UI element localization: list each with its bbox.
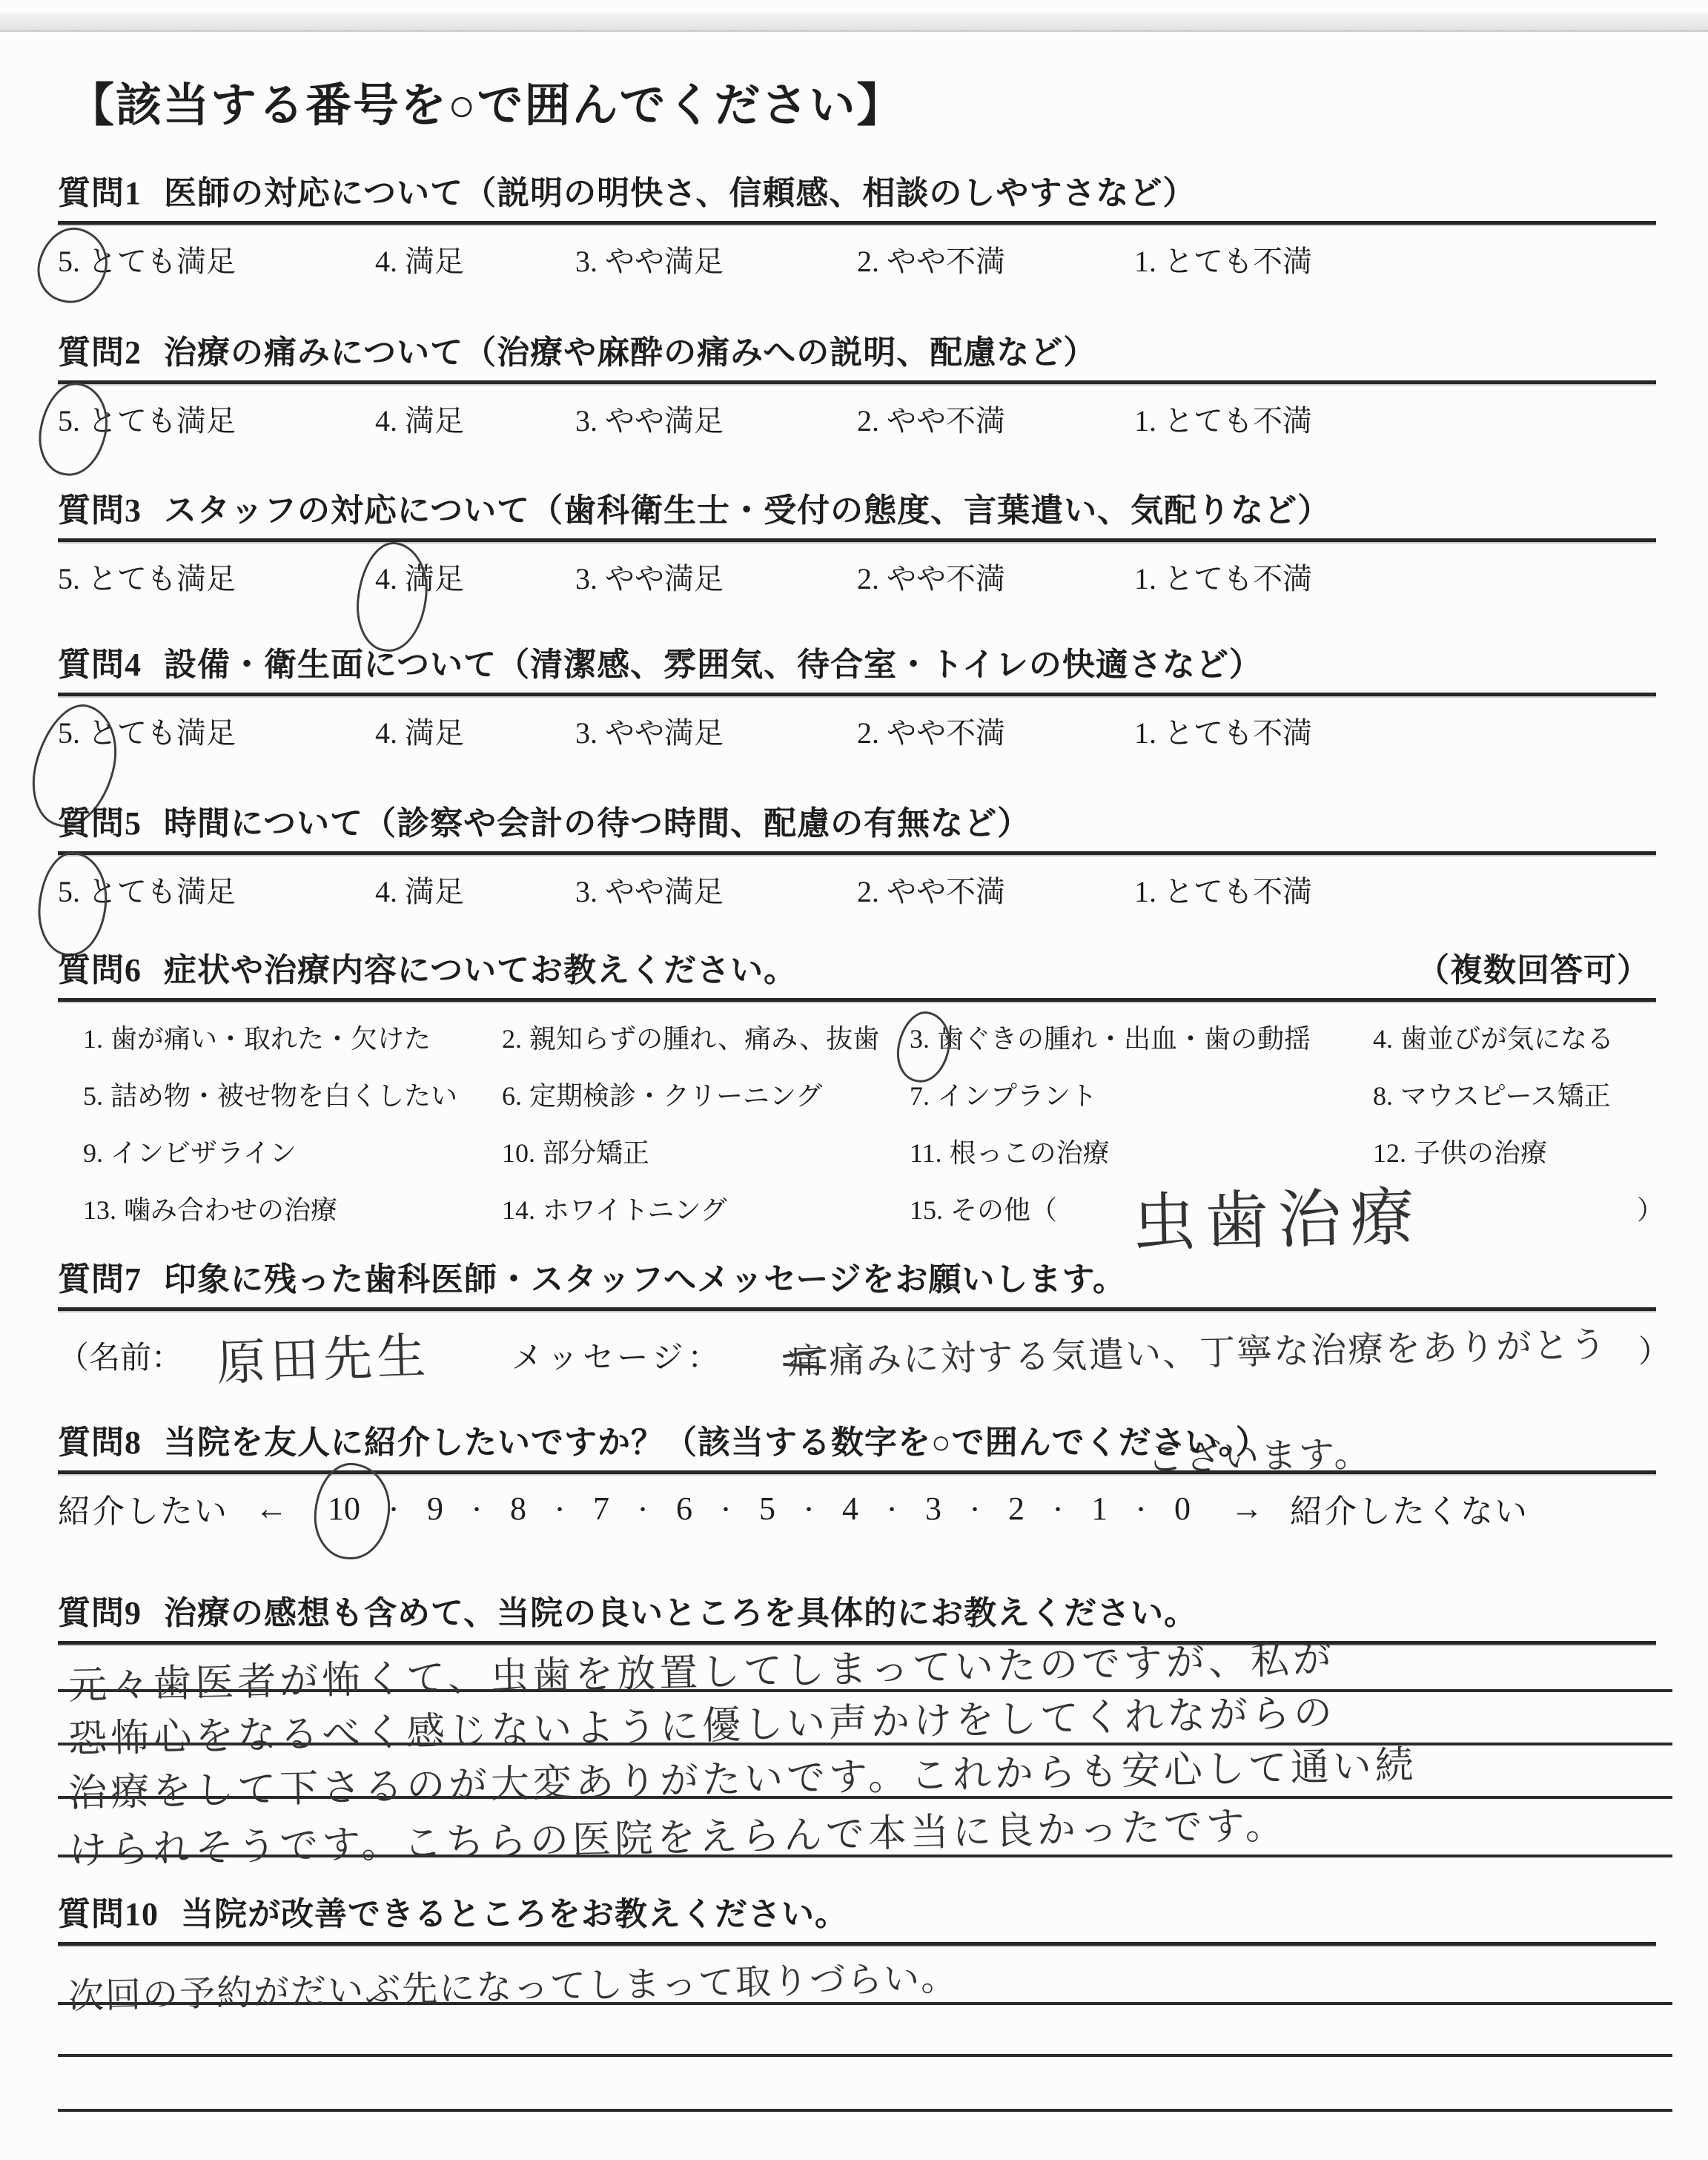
option-number: 5. — [58, 561, 80, 596]
symptom-option: 15.その他（虫歯治療 — [910, 1189, 1373, 1227]
question-title-row: 質問6症状や治療内容についてお教えください。 （複数回答可） — [0, 949, 1708, 992]
name-handwriting: 原田先生 — [215, 1316, 431, 1394]
scale-dot: ・ — [466, 1492, 488, 1525]
option-label: 歯が痛い・取れた・欠けた — [110, 1024, 431, 1054]
option-number: 8. — [1373, 1080, 1393, 1112]
option-number: 2. — [857, 403, 879, 438]
question-title: 症状や治療内容についてお教えください。 — [164, 952, 797, 988]
question-title: 印象に残った歯科医師・スタッフへメッセージをお願いします。 — [164, 1261, 1126, 1298]
option-label: 根っこの治療 — [950, 1138, 1110, 1168]
likert-option: 3.やや満足 — [575, 238, 857, 280]
question-10-block: 質問10当院が改善できるところをお教えください。 次回の予約がだいぶ先になってし… — [0, 1893, 1708, 2160]
symptom-options-grid: 1.歯が痛い・取れた・欠けた2.親知らずの腫れ、痛み、抜歯3.歯ぐきの腫れ・出血… — [0, 1002, 1708, 1227]
scale-dot: ・ — [1130, 1492, 1152, 1525]
answer-line: 治療をして下さるのが大変ありがたいです。これからも安心して通い続 — [58, 1745, 1672, 1799]
question-label: 質問4 — [58, 647, 142, 683]
answer-line: 次回の予約がだいぶ先になってしまって取りづらい。 — [58, 1946, 1672, 2005]
selection-circle — [313, 1462, 391, 1560]
option-label: とても不満 — [1164, 245, 1312, 278]
option-number: 7. — [910, 1080, 930, 1112]
question-label: 質問7 — [58, 1261, 142, 1298]
option-number: 4. — [375, 561, 397, 596]
free-answer-area: 次回の予約がだいぶ先になってしまって取りづらい。 — [0, 1946, 1708, 2160]
option-number: 1. — [83, 1023, 103, 1054]
option-label: とても満足 — [87, 875, 236, 908]
option-label: やや不満 — [887, 875, 1005, 908]
other-closing-paren: ） — [1373, 1189, 1664, 1227]
likert-options-row: 5.とても満足4.満足3.やや満足2.やや不満1.とても不満 — [0, 555, 1708, 598]
option-number: 3. — [910, 1023, 930, 1054]
likert-option: 2.やや不満 — [857, 868, 1134, 911]
symptom-option: 6.定期検診・クリーニング — [502, 1075, 910, 1113]
question-title: スタッフの対応について（歯科衛生士・受付の態度、言葉遣い、気配りなど） — [164, 492, 1331, 529]
question-title: 設備・衛生面について（清潔感、雰囲気、待合室・トイレの快適さなど） — [164, 647, 1262, 683]
option-number: 6. — [502, 1080, 522, 1112]
scale-number: 0 — [1174, 1490, 1191, 1527]
option-number: 5. — [58, 874, 80, 909]
option-number: 5. — [83, 1080, 103, 1112]
scale-number: 10 — [328, 1490, 360, 1527]
question-title-row: 質問4設備・衛生面について（清潔感、雰囲気、待合室・トイレの快適さなど） — [0, 644, 1708, 687]
option-number: 4. — [1373, 1023, 1393, 1054]
closing-paren: ） — [1638, 1327, 1669, 1372]
symptom-option: 14.ホワイトニング — [502, 1189, 910, 1227]
scale-number: 9 — [427, 1490, 443, 1527]
question-label: 質問6 — [58, 952, 142, 988]
question-title-row: 質問8当院を友人に紹介したいですか？（該当する数字を○で囲んでください。） — [0, 1421, 1708, 1464]
likert-option: 5.とても満足 — [58, 397, 375, 440]
option-label: 親知らずの腫れ、痛み、抜歯 — [529, 1024, 879, 1054]
option-number: 5. — [58, 403, 80, 438]
answer-line: けられそうです。こちらの医院をえらんで本当に良かったです。 — [58, 1799, 1672, 1857]
option-label: とても満足 — [87, 716, 236, 750]
scale-dot: ・ — [549, 1492, 571, 1525]
name-message-line: （名前： 原田先生 メッセージ： 痛痛みに対する気遣い、丁寧な治療をありがとう … — [0, 1320, 1708, 1394]
option-label: やや満足 — [605, 875, 724, 908]
likert-option: 2.やや不満 — [857, 238, 1134, 280]
option-label: 部分矯正 — [543, 1138, 649, 1168]
symptom-option: 11.根っこの治療 — [910, 1132, 1373, 1170]
message-handwriting-text: 痛みに対する気遣い、丁寧な治療をありがとう — [829, 1324, 1608, 1381]
message-handwriting: 痛痛みに対する気遣い、丁寧な治療をありがとう — [787, 1315, 1607, 1384]
question-rule — [58, 693, 1656, 696]
option-number: 2. — [857, 561, 879, 596]
likert-options-row: 5.とても満足4.満足3.やや満足2.やや不満1.とても不満 — [0, 397, 1708, 440]
likert-option: 4.満足 — [375, 710, 575, 752]
question-title-row: 質問7印象に残った歯科医師・スタッフへメッセージをお願いします。 — [0, 1258, 1708, 1301]
answer-line: 恐怖心をなるべく感じないように優しい声かけをしてくれながらの — [58, 1692, 1672, 1745]
likert-option: 1.とても不満 — [1134, 710, 1312, 752]
option-label: 詰め物・被せ物を白くしたい — [110, 1081, 457, 1111]
likert-option: 3.やや満足 — [575, 868, 857, 911]
option-number: 4. — [375, 244, 397, 279]
likert-option: 1.とても不満 — [1134, 397, 1312, 440]
option-number: 11. — [910, 1137, 942, 1169]
answer-line — [58, 2112, 1672, 2160]
option-label: 噛み合わせの治療 — [124, 1195, 337, 1225]
scale-number: 3 — [925, 1490, 941, 1527]
scale-left-label: 紹介したい — [58, 1484, 228, 1532]
question-title-row: 質問10当院が改善できるところをお教えください。 — [0, 1893, 1708, 1936]
question-label: 質問1 — [58, 175, 142, 211]
question-label: 質問9 — [58, 1595, 142, 1631]
free-answer-area: 元々歯医者が怖くて、虫歯を放置してしまっていたのですが、私が恐怖心をなるべく感じ… — [0, 1645, 1708, 1857]
question-rule — [58, 851, 1656, 855]
scale-dot: ・ — [1047, 1492, 1069, 1525]
likert-option: 5.とても満足 — [58, 555, 375, 598]
option-number: 9. — [83, 1137, 103, 1169]
likert-option: 2.やや不満 — [857, 397, 1134, 440]
question-title-row: 質問2治療の痛みについて（治療や麻酔の痛みへの説明、配慮など） — [0, 331, 1708, 374]
symptom-option: 12.子供の治療 — [1373, 1132, 1664, 1170]
option-label: やや満足 — [605, 716, 724, 750]
question-title: 治療の感想も含めて、当院の良いところを具体的にお教えください。 — [164, 1595, 1197, 1631]
question-title: 当院が改善できるところをお教えください。 — [181, 1896, 848, 1932]
option-number: 2. — [502, 1023, 522, 1054]
symptom-option: 13.噛み合わせの治療 — [83, 1189, 502, 1227]
option-label: 子供の治療 — [1414, 1138, 1547, 1168]
question-title: 当院を友人に紹介したいですか？（該当する数字を○で囲んでください。） — [164, 1424, 1269, 1461]
option-label: やや満足 — [605, 245, 724, 278]
question-title: 医師の対応について（説明の明快さ、信頼感、相談のしやすさなど） — [164, 175, 1196, 211]
option-number: 1. — [1134, 244, 1156, 279]
symptom-option: 10.部分矯正 — [502, 1132, 910, 1170]
left-arrow: ← — [255, 1490, 288, 1527]
likert-option: 4.満足 — [375, 397, 575, 440]
option-label: 歯並びが気になる — [1400, 1024, 1614, 1054]
scale-dot: ・ — [715, 1492, 737, 1525]
question-label: 質問2 — [58, 334, 142, 371]
scale-number: 4 — [842, 1490, 858, 1527]
question-block-q1: 質問1医師の対応について（説明の明快さ、信頼感、相談のしやすさなど）5.とても満… — [0, 172, 1708, 280]
likert-options-row: 5.とても満足4.満足3.やや満足2.やや不満1.とても不満 — [0, 868, 1708, 911]
scale-number: 8 — [510, 1490, 526, 1527]
question-rule — [58, 221, 1656, 225]
option-label: マウスピース矯正 — [1400, 1081, 1611, 1111]
option-label: やや不満 — [887, 562, 1005, 595]
option-number: 3. — [575, 561, 598, 596]
symptom-option: 5.詰め物・被せ物を白くしたい — [83, 1075, 502, 1113]
message-label: メッセージ： — [512, 1333, 723, 1378]
likert-option: 2.やや不満 — [857, 555, 1134, 598]
multi-answer-note: （複数回答可） — [1417, 949, 1650, 992]
scale-dot: ・ — [964, 1492, 986, 1525]
option-number: 14. — [502, 1195, 535, 1226]
likert-option: 5.とても満足 — [58, 238, 375, 280]
option-number: 13. — [83, 1195, 116, 1226]
option-label: 満足 — [405, 562, 464, 595]
option-label: とても不満 — [1164, 562, 1312, 595]
question-title-row: 質問3スタッフの対応について（歯科衛生士・受付の態度、言葉遣い、気配りなど） — [0, 489, 1708, 532]
likert-option: 5.とても満足 — [58, 868, 375, 911]
question-rule — [58, 1470, 1656, 1474]
option-label: やや満足 — [605, 404, 724, 437]
likert-option: 1.とても不満 — [1134, 238, 1312, 280]
likert-option: 2.やや不満 — [857, 710, 1134, 752]
symptom-option: 1.歯が痛い・取れた・欠けた — [83, 1018, 502, 1056]
option-number: 2. — [857, 244, 879, 279]
likert-option: 5.とても満足 — [58, 710, 375, 752]
symptom-option: 9.インビザライン — [83, 1132, 502, 1170]
question-block-q5: 質問5時間について（診察や会計の待つ時間、配慮の有無など）5.とても満足4.満足… — [0, 802, 1708, 911]
question-rule — [58, 380, 1656, 384]
option-label: やや不満 — [887, 716, 1005, 750]
option-number: 1. — [1134, 874, 1156, 909]
name-label: （名前： — [58, 1333, 182, 1378]
likert-option: 4.満足 — [375, 868, 575, 911]
option-number: 3. — [575, 716, 598, 750]
question-9-block: 質問9治療の感想も含めて、当院の良いところを具体的にお教えください。 元々歯医者… — [0, 1592, 1708, 1857]
question-7-block: 質問7印象に残った歯科医師・スタッフへメッセージをお願いします。 （名前： 原田… — [0, 1258, 1708, 1394]
option-label: 歯ぐきの腫れ・出血・歯の動揺 — [937, 1024, 1311, 1054]
scale-right-label: 紹介したくない — [1290, 1484, 1529, 1532]
scale-number: 2 — [1008, 1490, 1025, 1527]
symptom-option: 2.親知らずの腫れ、痛み、抜歯 — [502, 1018, 910, 1056]
answer-line: 元々歯医者が怖くて、虫歯を放置してしまっていたのですが、私が — [58, 1645, 1672, 1692]
scale-dot: ・ — [632, 1492, 654, 1525]
answer-line — [58, 2057, 1672, 2112]
question-title-row: 質問9治療の感想も含めて、当院の良いところを具体的にお教えください。 — [0, 1592, 1708, 1635]
scale-dot: ・ — [881, 1492, 903, 1525]
option-number: 4. — [375, 874, 397, 909]
option-number: 4. — [375, 403, 397, 438]
question-rule — [58, 538, 1656, 542]
likert-options-row: 5.とても満足4.満足3.やや満足2.やや不満1.とても不満 — [0, 710, 1708, 752]
question-label: 質問10 — [58, 1896, 159, 1932]
scale-number: 7 — [593, 1490, 609, 1527]
scale-number: 5 — [759, 1490, 775, 1527]
option-label: 満足 — [405, 875, 464, 908]
option-number: 4. — [375, 716, 397, 750]
likert-option: 4.満足 — [375, 238, 575, 280]
symptom-option: 7.インプラント — [910, 1075, 1373, 1113]
likert-options-row: 5.とても満足4.満足3.やや満足2.やや不満1.とても不満 — [0, 238, 1708, 280]
question-title: 治療の痛みについて（治療や麻酔の痛みへの説明、配慮など） — [164, 334, 1096, 371]
answer-handwriting: けられそうです。こちらの医院をえらんで本当に良かったです。 — [67, 1794, 1288, 1875]
option-label: やや不満 — [887, 245, 1005, 278]
option-number: 5. — [58, 716, 80, 750]
option-label: とても不満 — [1164, 404, 1312, 437]
question-block-q4: 質問4設備・衛生面について（清潔感、雰囲気、待合室・トイレの快適さなど）5.とて… — [0, 644, 1708, 752]
scanned-survey-page: 【該当する番号を○で囲んでください】 質問1医師の対応について（説明の明快さ、信… — [0, 0, 1708, 2160]
option-label: 満足 — [405, 404, 464, 437]
question-6-block: 質問6症状や治療内容についてお教えください。 （複数回答可） 1.歯が痛い・取れ… — [0, 949, 1708, 1227]
likert-option: 1.とても不満 — [1134, 868, 1312, 911]
symptom-option: 3.歯ぐきの腫れ・出血・歯の動揺 — [910, 1018, 1373, 1056]
question-title: 時間について（診察や会計の待つ時間、配慮の有無など） — [164, 805, 1030, 842]
answer-line — [58, 2005, 1672, 2057]
likert-option: 3.やや満足 — [575, 555, 857, 598]
scale-number: 6 — [676, 1490, 692, 1527]
page-title: 【該当する番号を○で囲んでください】 — [0, 68, 1708, 134]
option-label: とても不満 — [1164, 875, 1312, 908]
option-label: とても満足 — [87, 562, 236, 595]
question-title-row: 質問5時間について（診察や会計の待つ時間、配慮の有無など） — [0, 802, 1708, 845]
option-number: 5. — [58, 244, 80, 279]
question-block-q2: 質問2治療の痛みについて（治療や麻酔の痛みへの説明、配慮など）5.とても満足4.… — [0, 331, 1708, 440]
option-number: 3. — [575, 403, 598, 438]
question-label: 質問3 — [58, 492, 142, 529]
question-rule — [58, 1307, 1656, 1311]
option-label: とても不満 — [1164, 716, 1312, 750]
option-number: 3. — [575, 244, 598, 279]
option-number: 2. — [857, 874, 879, 909]
option-number: 1. — [1134, 561, 1156, 596]
question-label: 質問8 — [58, 1424, 142, 1461]
likert-option: 4.満足 — [375, 555, 575, 598]
option-label: 満足 — [405, 245, 464, 278]
option-number: 1. — [1134, 716, 1156, 750]
option-number: 1. — [1134, 403, 1156, 438]
likert-option: 3.やや満足 — [575, 710, 857, 752]
question-block-q3: 質問3スタッフの対応について（歯科衛生士・受付の態度、言葉遣い、気配りなど）5.… — [0, 489, 1708, 598]
option-number: 12. — [1373, 1137, 1406, 1169]
option-number: 3. — [575, 874, 598, 909]
scale-dot: ・ — [798, 1492, 820, 1525]
scale-dot: ・ — [383, 1492, 405, 1525]
crossed-out-character: 痛 — [787, 1332, 824, 1384]
symptom-option: 4.歯並びが気になる — [1373, 1018, 1664, 1056]
option-label: やや不満 — [887, 404, 1005, 437]
option-label: とても満足 — [87, 245, 236, 278]
option-number: 10. — [502, 1137, 535, 1169]
scan-artifact-band — [0, 13, 1708, 32]
likert-option: 1.とても不満 — [1134, 555, 1312, 598]
option-label: その他（ — [950, 1195, 1057, 1225]
question-title-row: 質問1医師の対応について（説明の明快さ、信頼感、相談のしやすさなど） — [0, 172, 1708, 215]
option-label: インビザライン — [110, 1138, 297, 1168]
scale-number: 1 — [1091, 1490, 1108, 1527]
question-8-block: 質問8当院を友人に紹介したいですか？（該当する数字を○で囲んでください。） 紹介… — [0, 1421, 1708, 1532]
right-arrow: → — [1231, 1490, 1263, 1527]
option-number: 2. — [857, 716, 879, 750]
question-label: 質問5 — [58, 805, 142, 842]
recommend-scale: 紹介したい←10・9・8・7・6・5・4・3・2・1・0→紹介したくない — [0, 1484, 1708, 1532]
option-number: 15. — [910, 1195, 943, 1226]
option-label: とても満足 — [87, 404, 236, 437]
option-label: インプラント — [937, 1081, 1097, 1111]
option-label: やや満足 — [605, 562, 724, 595]
option-label: ホワイトニング — [543, 1195, 727, 1225]
option-label: 定期検診・クリーニング — [529, 1081, 822, 1111]
likert-option: 3.やや満足 — [575, 397, 857, 440]
symptom-option: 8.マウスピース矯正 — [1373, 1075, 1664, 1113]
option-label: 満足 — [405, 716, 464, 750]
